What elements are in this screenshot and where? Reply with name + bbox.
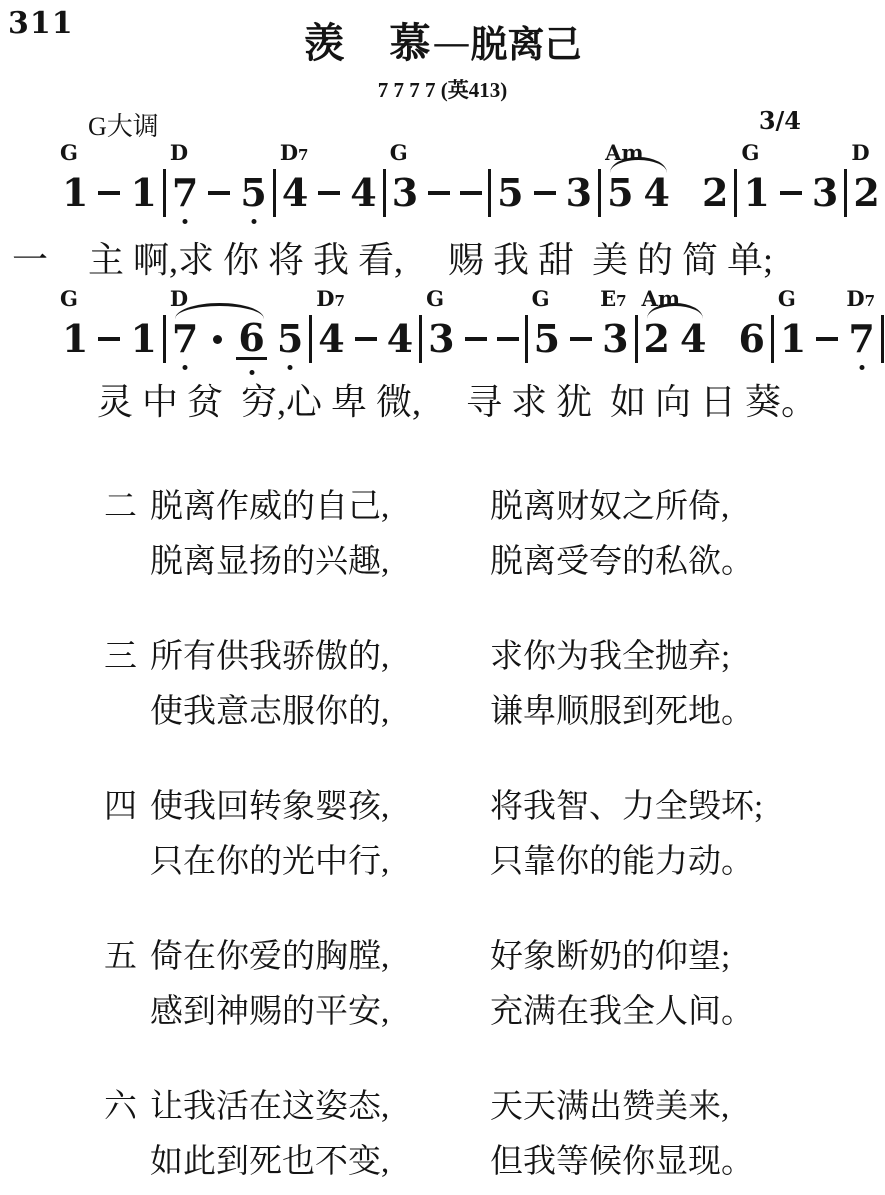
verse-column-1-text: 如此到死也不变,	[150, 1135, 490, 1190]
verse-number	[104, 835, 150, 890]
note-token: Am2	[644, 316, 670, 362]
note-token: D7	[172, 170, 198, 216]
note-digit: 4	[350, 171, 376, 215]
verse-line: 二脱离作威的自己,脱离财奴之所倚,	[104, 480, 885, 535]
note-token: Am5	[607, 170, 633, 216]
note-token	[460, 170, 482, 216]
note-token: 1	[130, 316, 156, 362]
note-token	[465, 316, 487, 362]
verse-column-1-text: 让我活在这姿态,	[150, 1080, 490, 1135]
note-digit: 3	[812, 171, 838, 215]
duration-dash	[208, 191, 230, 195]
verse-stanza: 六让我活在这姿态,天天满出赞美来,如此到死也不变,但我等候你显现。	[104, 1080, 885, 1190]
note-token: 4	[644, 170, 670, 216]
chord-label: E7	[600, 288, 626, 309]
note-token: G5	[534, 316, 560, 362]
note-token	[497, 316, 519, 362]
note-digit: 1	[62, 317, 88, 361]
verse-line: 六让我活在这姿态,天天满出赞美来,	[104, 1080, 885, 1135]
note-digit: 5	[607, 171, 633, 215]
note-digit: 4	[644, 171, 670, 215]
note-digit: 5	[534, 317, 560, 361]
note-digit: 6	[236, 319, 266, 360]
verse-number	[104, 535, 150, 590]
hymn-title: 羡 慕—脱离己	[0, 10, 885, 58]
slur: Am54	[607, 170, 670, 216]
verse-line: 三所有供我骄傲的,求你为我全抛弃;	[104, 630, 885, 685]
verse-column-2-text: 谦卑顺服到死地。	[490, 685, 885, 740]
low-octave-dot	[183, 365, 188, 370]
note-digit: 3	[566, 171, 592, 215]
slur: Am24	[644, 316, 707, 362]
low-octave-dot	[859, 365, 864, 370]
note-token	[355, 316, 377, 362]
low-octave-dot	[183, 219, 188, 224]
note-token: 2	[702, 170, 728, 216]
verse-column-2-text: 求你为我全抛弃;	[490, 630, 885, 685]
chord-label: G	[60, 142, 78, 163]
measure: D75	[166, 170, 273, 216]
hymn-title-subtitle: 脱离己	[471, 25, 582, 66]
note-token: D2	[853, 170, 879, 216]
chord-seventh: 7	[334, 292, 344, 310]
note-token: D74	[282, 170, 308, 216]
note-digit: 1	[780, 317, 806, 361]
note-token: 3	[812, 170, 838, 216]
note-token: D7	[172, 316, 198, 362]
low-octave-dot	[288, 365, 293, 370]
duration-dash	[355, 337, 377, 341]
duration-dash	[534, 191, 556, 195]
chord-label: Am	[642, 288, 681, 309]
note-token	[98, 316, 120, 362]
chord-seventh: 7	[616, 292, 626, 310]
measure: G5E73	[528, 316, 635, 362]
verse-column-1-text: 使我意志服你的,	[150, 685, 490, 740]
verse-column-2-text: 充满在我全人间。	[490, 985, 885, 1040]
verse-column-1-text: 倚在你爱的胸膛,	[150, 930, 490, 985]
duration-dash	[465, 337, 487, 341]
measure: G3	[422, 316, 524, 362]
measure: G11	[56, 316, 163, 362]
chord-label: D7	[280, 142, 309, 163]
music-line-1: G11D75D744G353Am542G13D2	[56, 170, 855, 216]
measure: 53	[491, 170, 598, 216]
note-token	[816, 316, 838, 362]
note-token: 6	[738, 316, 764, 362]
note-digit: 4	[387, 317, 413, 361]
note-token	[534, 170, 556, 216]
chord-label: D	[851, 142, 869, 163]
chord-label: G	[778, 288, 796, 309]
note-digit: 1	[130, 171, 156, 215]
music-line-2: G11D765D744G3G5E73Am246G1D77G1	[56, 316, 855, 362]
note-token	[716, 316, 728, 362]
verse-number	[104, 985, 150, 1040]
chord-label: D	[170, 142, 188, 163]
verse-number: 四	[104, 780, 150, 835]
note-token	[208, 170, 230, 216]
low-octave-dot	[251, 219, 256, 224]
verse-column-2-text: 天天满出赞美来,	[490, 1080, 885, 1135]
low-octave-dot	[249, 370, 254, 375]
chord-label: G	[426, 288, 444, 309]
measure: G1D77	[774, 316, 881, 362]
note-digit: 5	[240, 171, 266, 215]
note-token: G1	[743, 170, 769, 216]
duration-dash	[780, 191, 802, 195]
verse-column-2-text: 好象断奶的仰望;	[490, 930, 885, 985]
verse-line: 五倚在你爱的胸膛,好象断奶的仰望;	[104, 930, 885, 985]
verse-stanza: 三所有供我骄傲的,求你为我全抛弃;使我意志服你的,谦卑顺服到死地。	[104, 630, 885, 740]
note-digit: 7	[848, 317, 874, 361]
duration-dash	[570, 337, 592, 341]
note-token: E73	[602, 316, 628, 362]
note-digit: 1	[743, 171, 769, 215]
dotted-note-dot	[213, 335, 222, 344]
note-digit: 4	[680, 317, 706, 361]
verse-column-1-text: 脱离显扬的兴趣,	[150, 535, 490, 590]
chord-label: G	[390, 142, 408, 163]
measure: D744	[276, 170, 383, 216]
hymn-title-dash: —	[435, 24, 469, 61]
duration-dash	[318, 191, 340, 195]
verse-column-2-text: 将我智、力全毁坏;	[490, 780, 885, 835]
note-digit: 2	[702, 171, 728, 215]
verse-number: 三	[104, 630, 150, 685]
verse-number: 二	[104, 480, 150, 535]
duration-dash	[98, 337, 120, 341]
measure: G13	[737, 170, 844, 216]
note-token	[318, 170, 340, 216]
key-time-row: G大调 3/4	[88, 106, 801, 136]
chord-label: G	[741, 142, 759, 163]
note-token: 4	[387, 316, 413, 362]
note-token	[428, 170, 450, 216]
note-token: 5	[240, 170, 266, 216]
note-digit: 3	[602, 317, 628, 361]
note-token: G3	[428, 316, 454, 362]
verse-number: 五	[104, 930, 150, 985]
note-token	[208, 316, 226, 362]
note-digit: 5	[497, 171, 523, 215]
note-token: 1	[130, 170, 156, 216]
duration-dash	[98, 191, 120, 195]
note-token: 5	[277, 316, 303, 362]
verse-column-1-text: 所有供我骄傲的,	[150, 630, 490, 685]
note-token: G3	[392, 170, 418, 216]
verse-column-1-text: 感到神赐的平安,	[150, 985, 490, 1040]
verse-stanza: 四使我回转象婴孩,将我智、力全毁坏;只在你的光中行,只靠你的能力动。	[104, 780, 885, 890]
duration-dash	[497, 337, 519, 341]
verse-one-marker: 一	[12, 238, 48, 282]
verse-column-2-text: 脱离受夸的私欲。	[490, 535, 885, 590]
note-token: 4	[350, 170, 376, 216]
note-token: D77	[848, 316, 874, 362]
chord-label: G	[532, 288, 550, 309]
verse-column-2-text: 但我等候你显现。	[490, 1135, 885, 1190]
lyric-line-1: 一主 啊,求 你 将 我 看, 赐 我 甜 美 的 简 单;	[12, 238, 885, 282]
note-digit: 7	[172, 171, 198, 215]
lyric-line-2: 灵 中 贫 穷,心 卑 微, 寻 求 犹 如 向 日 葵。	[97, 380, 885, 424]
duration-dash	[816, 337, 838, 341]
note-digit: 3	[392, 171, 418, 215]
key-signature: G大调	[88, 106, 159, 136]
note-token: 6	[236, 316, 266, 362]
verse-number	[104, 1135, 150, 1190]
note-digit: 3	[428, 317, 454, 361]
verse-stanza: 二脱离作威的自己,脱离财奴之所倚,脱离显扬的兴趣,脱离受夸的私欲。	[104, 480, 885, 590]
verse-column-2-text: 脱离财奴之所倚,	[490, 480, 885, 535]
verse-line: 脱离显扬的兴趣,脱离受夸的私欲。	[104, 535, 885, 590]
hymn-title-main: 羡 慕	[304, 20, 433, 66]
measure: D2	[847, 170, 885, 216]
note-digit: 7	[172, 317, 198, 361]
verse-column-1-text: 只在你的光中行,	[150, 835, 490, 890]
verse-column-2-text: 只靠你的能力动。	[490, 835, 885, 890]
verse-number: 六	[104, 1080, 150, 1135]
measure: Am246	[638, 316, 771, 362]
note-token: 3	[566, 170, 592, 216]
verse-line: 四使我回转象婴孩,将我智、力全毁坏;	[104, 780, 885, 835]
note-token	[98, 170, 120, 216]
chord-label: G	[60, 288, 78, 309]
note-token: 4	[680, 316, 706, 362]
verse-column-1-text: 使我回转象婴孩,	[150, 780, 490, 835]
duration-dash	[460, 191, 482, 195]
note-digit: 6	[738, 317, 764, 361]
chord-label: Am	[605, 142, 644, 163]
lyric-line-2-text: 灵 中 贫 穷,心 卑 微, 寻 求 犹 如 向 日 葵。	[97, 382, 817, 422]
note-token: G1	[62, 316, 88, 362]
chord-label: D7	[316, 288, 345, 309]
verses-section: 二脱离作威的自己,脱离财奴之所倚,脱离显扬的兴趣,脱离受夸的私欲。三所有供我骄傲…	[104, 480, 885, 1190]
verse-line: 如此到死也不变,但我等候你显现。	[104, 1135, 885, 1190]
chord-label: D	[170, 288, 188, 309]
measure: D765	[166, 316, 309, 362]
note-digit: 4	[318, 317, 344, 361]
verse-line: 只在你的光中行,只靠你的能力动。	[104, 835, 885, 890]
note-digit: 2	[853, 171, 879, 215]
verse-line: 使我意志服你的,谦卑顺服到死地。	[104, 685, 885, 740]
verse-column-1-text: 脱离作威的自己,	[150, 480, 490, 535]
note-token	[780, 170, 802, 216]
note-digit: 1	[62, 171, 88, 215]
meter-info: 7 7 7 7 (英413)	[0, 74, 885, 98]
note-token	[680, 170, 692, 216]
note-token	[570, 316, 592, 362]
page-number: 311	[8, 6, 74, 41]
note-digit: 1	[130, 317, 156, 361]
duration-dash	[428, 191, 450, 195]
measure: D744	[312, 316, 419, 362]
lyric-line-1-text: 主 啊,求 你 将 我 看, 赐 我 甜 美 的 简 单;	[88, 240, 773, 280]
chord-seventh: 7	[298, 146, 308, 164]
note-token: 5	[497, 170, 523, 216]
note-token: G1	[62, 170, 88, 216]
measure: G3	[386, 170, 488, 216]
slur: D76	[172, 316, 267, 362]
time-signature: 3/4	[759, 106, 801, 136]
chord-label: D7	[846, 288, 875, 309]
measure: Am542	[601, 170, 734, 216]
verse-stanza: 五倚在你爱的胸膛,好象断奶的仰望;感到神赐的平安,充满在我全人间。	[104, 930, 885, 1040]
note-token: D74	[318, 316, 344, 362]
note-token: G1	[780, 316, 806, 362]
verse-number	[104, 685, 150, 740]
chord-seventh: 7	[865, 292, 875, 310]
note-digit: 5	[277, 317, 303, 361]
verse-line: 感到神赐的平安,充满在我全人间。	[104, 985, 885, 1040]
measure: G11	[56, 170, 163, 216]
note-digit: 4	[282, 171, 308, 215]
note-digit: 2	[644, 317, 670, 361]
